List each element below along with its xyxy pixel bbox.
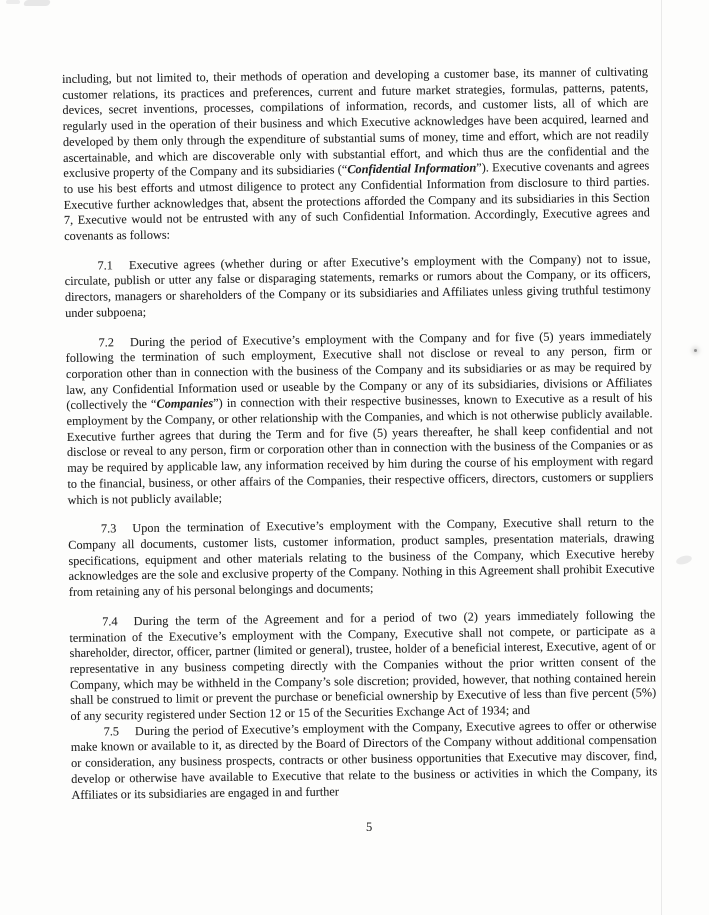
section-number: 7.1: [97, 258, 113, 272]
paragraph-intro: including, but not limited to, their met…: [62, 64, 650, 244]
text-run: Executive agrees (whether during or afte…: [65, 251, 651, 320]
paragraph-section-7-1: 7.1Executive agrees (whether during or a…: [64, 251, 651, 321]
section-text: Executive agrees (whether during or afte…: [65, 251, 651, 320]
section-text: During the period of Executive’s employm…: [66, 328, 654, 507]
defined-term: Confidential Information: [347, 161, 476, 177]
defined-term: Companies: [156, 396, 213, 411]
scan-smudge-artifact: [6, 0, 20, 4]
scan-smudge-artifact: [675, 554, 693, 566]
paragraph-section-7-2: 7.2During the period of Executive’s empl…: [65, 328, 653, 508]
text-run: During the term of the Agreement and for…: [69, 607, 656, 723]
paragraph-section-7-5: 7.5During the period of Executive’s empl…: [71, 717, 658, 803]
text-run: Upon the termination of Executive’s empl…: [68, 515, 655, 599]
section-text: Upon the termination of Executive’s empl…: [68, 515, 655, 599]
scan-speck-artifact: [694, 349, 697, 352]
text-run: During the period of Executive’s employm…: [71, 717, 658, 801]
section-number: 7.2: [98, 335, 114, 349]
section-text: During the term of the Agreement and for…: [69, 607, 656, 723]
section-text: During the period of Executive’s employm…: [71, 717, 658, 801]
page-number: 5: [366, 820, 372, 835]
page-content: including, but not limited to, their met…: [62, 64, 658, 803]
scanned-document-page: including, but not limited to, their met…: [0, 0, 709, 915]
section-number: 7.5: [104, 724, 120, 738]
scan-smudge-artifact: [23, 0, 51, 6]
scan-line-artifact: [661, 0, 662, 915]
paragraph-section-7-4: 7.4During the term of the Agreement and …: [69, 607, 656, 725]
paragraph-section-7-3: 7.3Upon the termination of Executive’s e…: [68, 515, 655, 601]
section-number: 7.3: [101, 522, 117, 536]
section-number: 7.4: [102, 614, 118, 628]
